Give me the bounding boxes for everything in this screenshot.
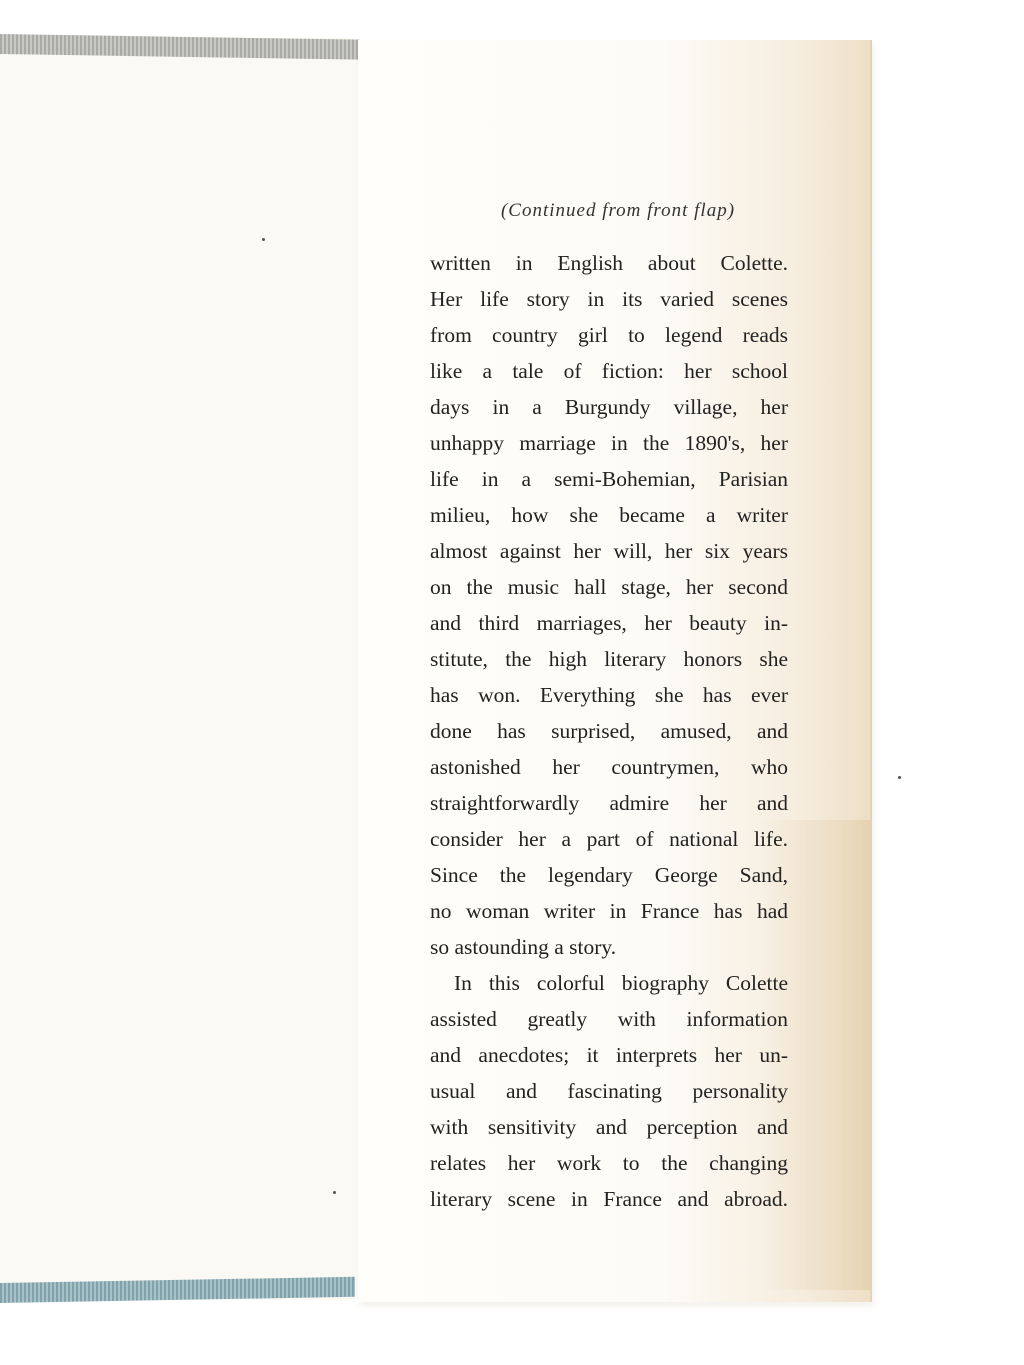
text-line: life in a semi-Bohemian, Parisian (430, 461, 788, 497)
text-line: consider her a part of national life. (430, 821, 788, 857)
text-line: straightforwardly admire her and (430, 785, 788, 821)
text-line: on the music hall stage, her second (430, 569, 788, 605)
speck (898, 776, 901, 779)
text-line: no woman writer in France has had (430, 893, 788, 929)
speck (262, 238, 265, 241)
text-line: and anecdotes; it interprets her un- (430, 1037, 788, 1073)
text-line: literary scene in France and abroad. (430, 1181, 788, 1217)
text-line: written in English about Colette. (430, 245, 788, 281)
text-line: assisted greatly with information (430, 1001, 788, 1037)
text-line: Since the legendary George Sand, (430, 857, 788, 893)
continued-header: (Continued from front flap) (448, 200, 788, 222)
text-line: Her life story in its varied scenes (430, 281, 788, 317)
text-line: milieu, how she became a writer (430, 497, 788, 533)
text-line: usual and fascinating personality (430, 1073, 788, 1109)
text-line: astonished her countrymen, who (430, 749, 788, 785)
text-line: relates her work to the changing (430, 1145, 788, 1181)
text-line: with sensitivity and perception and (430, 1109, 788, 1145)
speck (333, 1191, 336, 1194)
text-line: like a tale of fiction: her school (430, 353, 788, 389)
text-line: almost against her will, her six years (430, 533, 788, 569)
paragraph-1: written in English about Colette. Her li… (430, 245, 788, 965)
text-line: from country girl to legend reads (430, 317, 788, 353)
text-line: done has surprised, amused, and (430, 713, 788, 749)
text-line: and third marriages, her beauty in- (430, 605, 788, 641)
text-line: In this colorful biography Colette (430, 965, 788, 1001)
flap-body-text: written in English about Colette. Her li… (430, 245, 788, 1217)
text-line: so astounding a story. (430, 929, 788, 965)
text-line: days in a Burgundy village, her (430, 389, 788, 425)
paragraph-2: In this colorful biography Colette assis… (430, 965, 788, 1217)
text-line: unhappy marriage in the 1890's, her (430, 425, 788, 461)
text-line: has won. Everything she has ever (430, 677, 788, 713)
book-board (0, 38, 360, 1300)
text-line: stitute, the high literary honors she (430, 641, 788, 677)
